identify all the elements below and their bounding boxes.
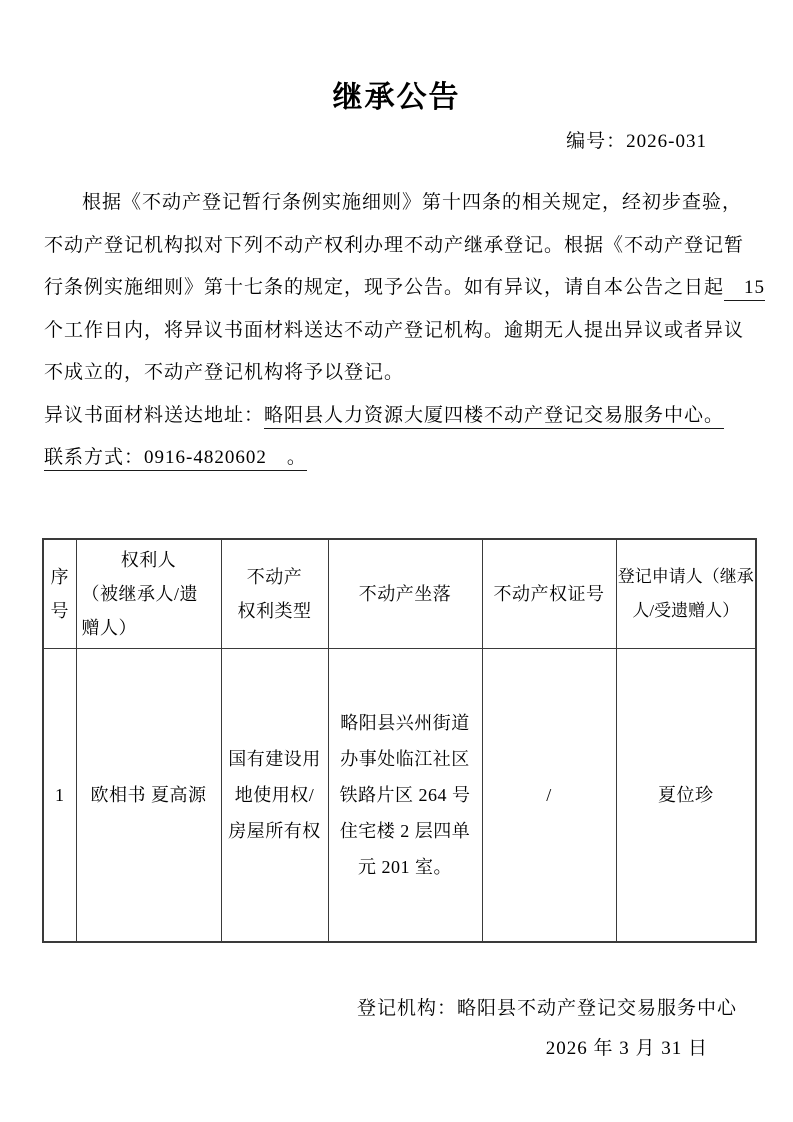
- announcement-table: 序 号 权利人 （被继承人/遗 赠人） 不动产 权利类型 不动产坐落 不动产权证…: [42, 538, 757, 943]
- objection-address-label: 异议书面材料送达地址：: [44, 405, 264, 426]
- objection-address-line: 异议书面材料送达地址：略阳县人力资源大厦四楼不动产登记交易服务中心。: [44, 395, 749, 438]
- col-header-location: 不动产坐落: [328, 539, 482, 649]
- objection-address-value: 略阳县人力资源大厦四楼不动产登记交易服务中心。: [264, 405, 724, 429]
- notice-line-1: 根据《不动产登记暂行条例实施细则》第十四条的相关规定，经初步查验，: [44, 182, 749, 225]
- col-header-holder: 权利人 （被继承人/遗 赠人）: [76, 539, 221, 649]
- cell-applicant: 夏位珍: [616, 649, 756, 942]
- contact-line: 联系方式：0916-4820602 。: [44, 437, 749, 480]
- col-header-cert-no: 不动产权证号: [482, 539, 616, 649]
- serial-number: 编号：2026-031: [44, 128, 749, 156]
- announcement-date: 2026 年 3 月 31 日: [44, 1035, 749, 1063]
- col-header-applicant: 登记申请人（继承 人/受遗赠人）: [616, 539, 756, 649]
- page-title: 继承公告: [44, 0, 749, 118]
- cell-right-type: 国有建设用 地使用权/ 房屋所有权: [221, 649, 328, 942]
- col-header-holder-line3: 赠人）: [77, 611, 221, 645]
- notice-line-4: 个工作日内，将异议书面材料送达不动产登记机构。逾期无人提出异议或者异议: [44, 310, 749, 353]
- table-header-row: 序 号 权利人 （被继承人/遗 赠人） 不动产 权利类型 不动产坐落 不动产权证…: [43, 539, 756, 649]
- cell-holder: 欧相书 夏高源: [76, 649, 221, 942]
- document-page: 继承公告 编号：2026-031 根据《不动产登记暂行条例实施细则》第十四条的相…: [0, 0, 793, 1063]
- notice-line-3: 行条例实施细则》第十七条的规定，现予公告。如有异议，请自本公告之日起 15: [44, 267, 749, 310]
- cell-index: 1: [43, 649, 76, 942]
- cell-cert-no: /: [482, 649, 616, 942]
- cell-location: 略阳县兴州街道 办事处临江社区 铁路片区 264 号 住宅楼 2 层四单 元 2…: [328, 649, 482, 942]
- objection-days-value: 15: [724, 277, 765, 301]
- notice-line-3-text: 行条例实施细则》第十七条的规定，现予公告。如有异议，请自本公告之日起: [44, 277, 724, 298]
- col-header-right-type: 不动产 权利类型: [221, 539, 328, 649]
- col-header-index: 序 号: [43, 539, 76, 649]
- contact-value: 联系方式：0916-4820602 。: [44, 447, 307, 471]
- notice-body: 根据《不动产登记暂行条例实施细则》第十四条的相关规定，经初步查验， 不动产登记机…: [44, 182, 749, 480]
- table-row: 1 欧相书 夏高源 国有建设用 地使用权/ 房屋所有权 略阳县兴州街道 办事处临…: [43, 649, 756, 942]
- col-header-holder-line2: （被继承人/遗: [77, 577, 221, 611]
- col-header-holder-line1: 权利人: [77, 543, 221, 577]
- notice-line-2: 不动产登记机构拟对下列不动产权利办理不动产继承登记。根据《不动产登记暂: [44, 225, 749, 268]
- registration-agency: 登记机构：略阳县不动产登记交易服务中心: [44, 995, 749, 1023]
- notice-line-5: 不成立的，不动产登记机构将予以登记。: [44, 352, 749, 395]
- document-footer: 登记机构：略阳县不动产登记交易服务中心 2026 年 3 月 31 日: [44, 995, 749, 1063]
